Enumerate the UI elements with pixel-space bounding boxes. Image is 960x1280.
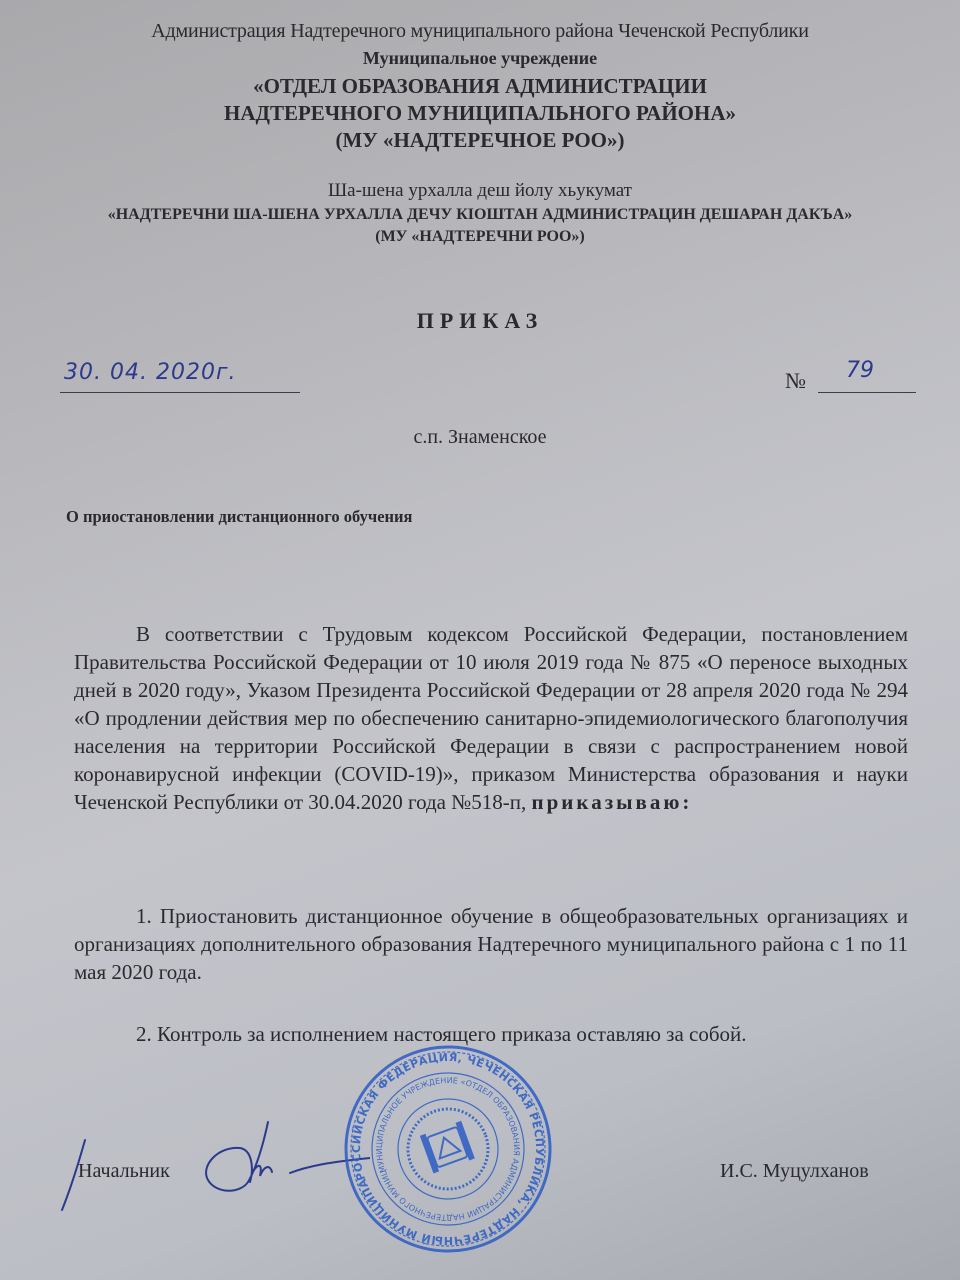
stamp-outer-text: РОССИЙСКАЯ ФЕДЕРАЦИЯ, ЧЕЧЕНСКАЯ РЕСПУБЛИ…: [342, 1043, 554, 1255]
header-chechen-line1: Ша-шена урхалла деш йолу хьукумат: [0, 180, 960, 202]
document-number: 79: [846, 358, 874, 383]
svg-text:РОССИЙСКАЯ ФЕДЕРАЦИЯ, ЧЕЧЕНСКА: РОССИЙСКАЯ ФЕДЕРАЦИЯ, ЧЕЧЕНСКАЯ РЕСПУБЛИ…: [342, 1043, 554, 1255]
order-item-1: 1. Приостановить дистанционное обучение …: [74, 902, 908, 986]
number-label: №: [785, 368, 806, 394]
document-subject: О приостановлении дистанционного обучени…: [66, 507, 412, 527]
header-chechen-line2: «НАДТЕРЕЧНИ ША-ШЕНА УРХАЛЛА ДЕЧУ КIОШТАН…: [0, 206, 960, 224]
header-institution-name: «ОТДЕЛ ОБРАЗОВАНИЯ АДМИНИСТРАЦИИ НАДТЕРЕ…: [0, 73, 960, 154]
stamp-emblem-icon: [420, 1121, 475, 1174]
header-institution-name-line1: «ОТДЕЛ ОБРАЗОВАНИЯ АДМИНИСТРАЦИИ: [0, 73, 960, 100]
header-institution-short: (МУ «НАДТЕРЕЧНОЕ РОО»): [0, 127, 960, 154]
preamble-paragraph: В соответствии с Трудовым кодексом Росси…: [74, 620, 908, 816]
header-institution-name-line2: НАДТЕРЕЧНОГО МУНИЦИПАЛЬНОГО РАЙОНА»: [0, 100, 960, 127]
document-date: 30. 04. 2020г.: [64, 360, 237, 385]
signatory-position: Начальник: [78, 1160, 170, 1183]
order-word: приказываю:: [532, 790, 693, 814]
header-institution-type: Муниципальное учреждение: [0, 48, 960, 69]
document-title: ПРИКАЗ: [0, 308, 960, 334]
document-place: с.п. Знаменское: [0, 426, 960, 449]
header-administration: Администрация Надтеречного муниципальног…: [0, 20, 960, 43]
official-stamp: РОССИЙСКАЯ ФЕДЕРАЦИЯ, ЧЕЧЕНСКАЯ РЕСПУБЛИ…: [342, 1043, 554, 1255]
signatory-name: И.С. Муцулханов: [720, 1160, 869, 1183]
preamble-text: В соответствии с Трудовым кодексом Росси…: [74, 622, 908, 814]
document-page: Администрация Надтеречного муниципальног…: [0, 0, 960, 1280]
header-chechen-short: (МУ «НАДТЕРЕЧНИ РОО»): [0, 228, 960, 246]
